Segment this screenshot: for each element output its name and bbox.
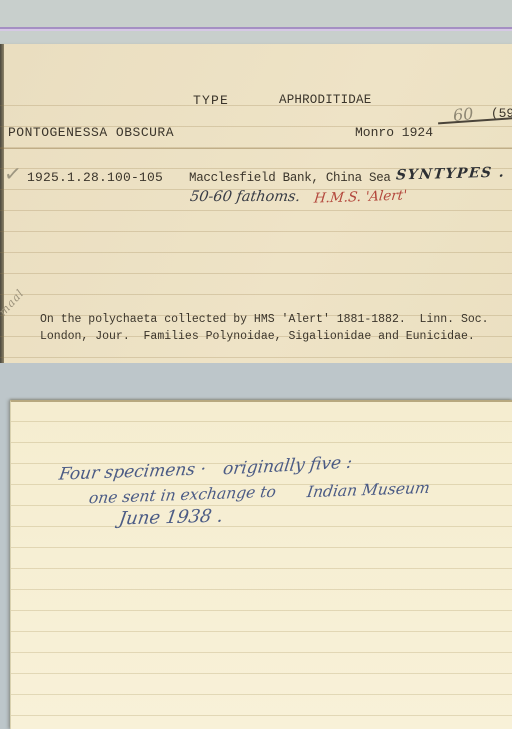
back-note-line1-right: originally five : <box>222 453 354 480</box>
scanned-specimen-cards: TYPE APHRODITIDAE (59) 60 PONTOGENESSA O… <box>0 0 512 729</box>
family-name: APHRODITIDAE <box>279 93 371 107</box>
card-front-header-rule <box>0 148 512 149</box>
back-note-date: June 1938 . <box>117 506 224 530</box>
type-status-handwritten: SYNTYPES . <box>395 165 506 184</box>
specimen-card-back: Four specimens · originally five : one s… <box>10 400 512 729</box>
background-gap <box>0 363 512 400</box>
card-back-ruled-lines <box>11 401 512 729</box>
margin-note-pencil: maal <box>0 287 27 319</box>
new-card-number-pencil: 60 <box>452 104 474 125</box>
type-label: TYPE <box>193 93 229 108</box>
citation-line-2: London, Jour. Families Polynoidae, Sigal… <box>40 328 510 345</box>
locality: Macclesfield Bank, China Sea <box>189 171 391 185</box>
checkmark-pencil: ✓ <box>3 161 23 187</box>
back-note-line2-left: one sent in exchange to <box>88 483 277 508</box>
specimen-card-front: TYPE APHRODITIDAE (59) 60 PONTOGENESSA O… <box>0 44 512 363</box>
back-note-line1-left: Four specimens · <box>58 459 208 484</box>
vessel-note-red-ink: H.M.S. 'Alert' <box>313 187 408 206</box>
depth-note-handwritten: 50-60 fathoms. <box>189 189 301 205</box>
citation-line-1: On the polychaeta collected by HMS 'Aler… <box>40 311 510 328</box>
back-note-line2-right: Indian Museum <box>306 479 431 501</box>
lavender-divider-line <box>0 27 512 31</box>
author-year: Monro 1924 <box>355 125 433 140</box>
scanner-background-strip <box>0 0 512 44</box>
registration-number: 1925.1.28.100-105 <box>27 170 163 185</box>
species-name: PONTOGENESSA OBSCURA <box>8 125 174 140</box>
